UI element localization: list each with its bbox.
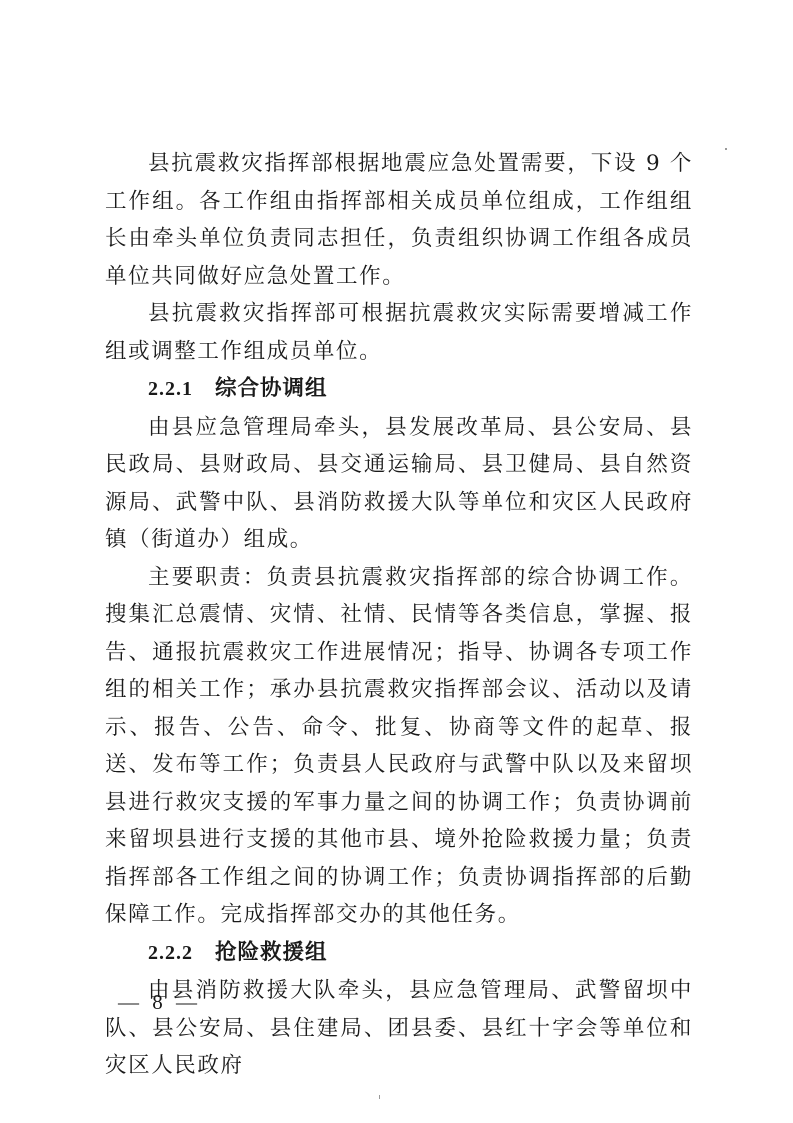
scan-speck	[725, 148, 727, 150]
section-number: 2.2.2	[148, 942, 193, 964]
section-heading-2-2-1: 2.2.1综合协调组	[105, 370, 693, 409]
paragraph-adjust-groups: 县抗震救灾指挥部可根据抗震救灾实际需要增减工作组或调整工作组成员单位。	[105, 295, 693, 370]
section-title: 抢险救援组	[215, 940, 328, 965]
paragraph-working-groups: 县抗震救灾指挥部根据地震应急处置需要，下设 9 个工作组。各工作组由指挥部相关成…	[105, 145, 693, 295]
section-number: 2.2.1	[148, 378, 193, 400]
paragraph-members: 由县应急管理局牵头，县发展改革局、县公安局、县民政局、县财政局、县交通运输局、县…	[105, 409, 693, 559]
section-title: 综合协调组	[215, 376, 328, 401]
page-number: — 8 —	[118, 990, 201, 1015]
paragraph-members: 由县消防救援大队牵头，县应急管理局、武警留坝中队、县公安局、县住建局、团县委、县…	[105, 972, 693, 1085]
scan-speck	[379, 1095, 380, 1099]
section-heading-2-2-2: 2.2.2抢险救援组	[105, 934, 693, 973]
document-page: 县抗震救灾指挥部根据地震应急处置需要，下设 9 个工作组。各工作组由指挥部相关成…	[0, 0, 793, 1123]
document-body: 县抗震救灾指挥部根据地震应急处置需要，下设 9 个工作组。各工作组由指挥部相关成…	[105, 145, 693, 1085]
paragraph-duties: 主要职责：负责县抗震救灾指挥部的综合协调工作。搜集汇总震情、灾情、社情、民情等各…	[105, 559, 693, 934]
